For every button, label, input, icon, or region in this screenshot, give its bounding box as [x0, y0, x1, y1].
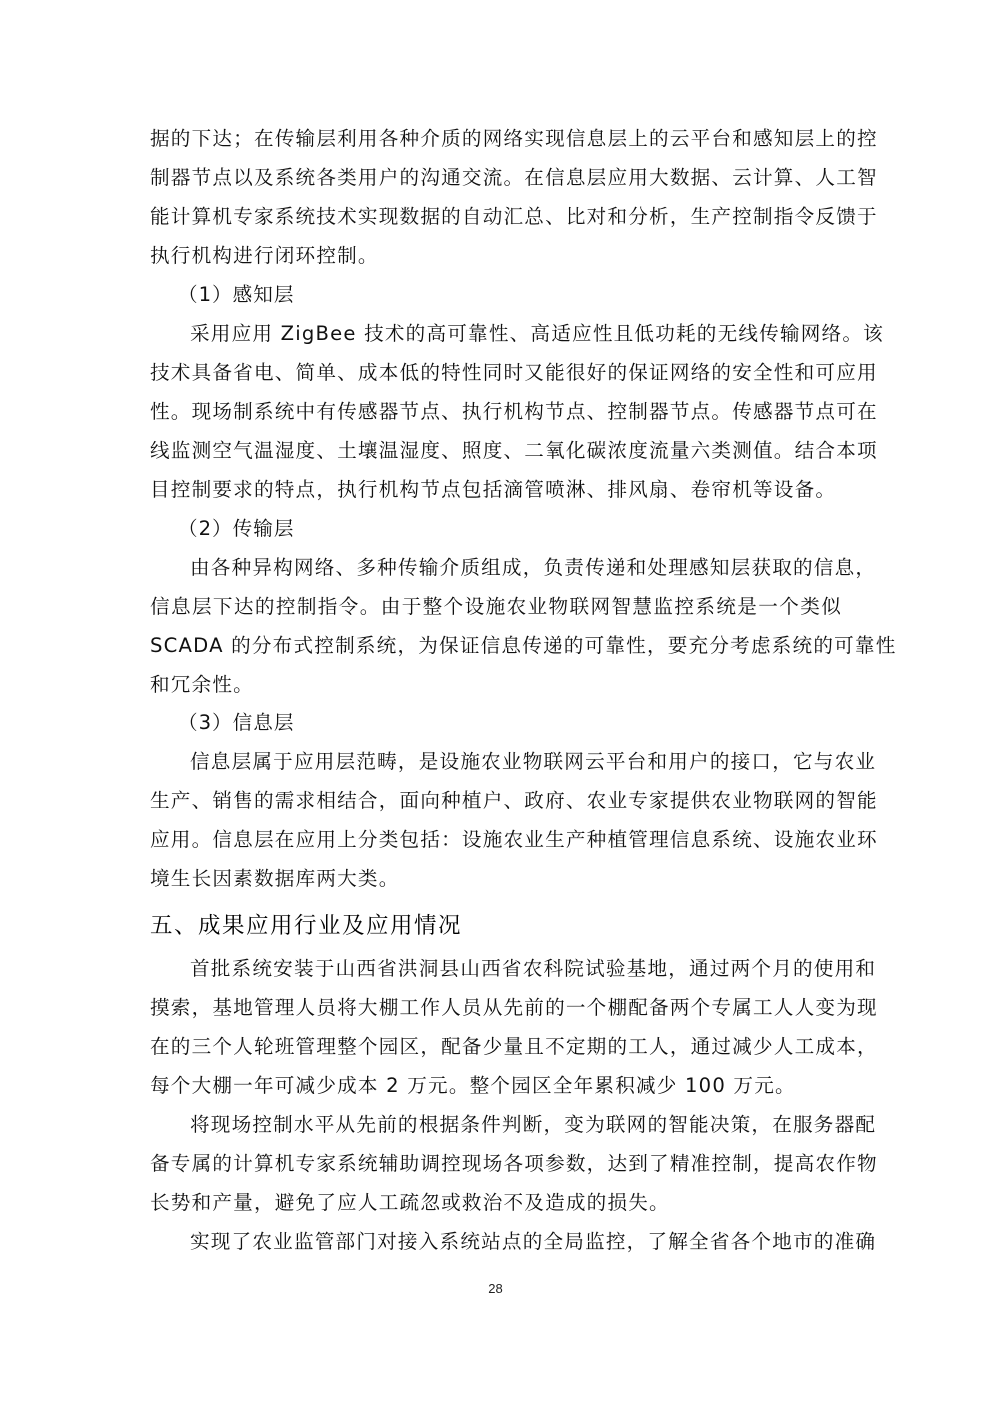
section-line: 信息层下达的控制指令。由于整个设施农业物联网智慧监控系统是一个类似 [150, 595, 842, 619]
chapter-line: 将现场控制水平从先前的根据条件判断，变为联网的智能决策，在服务器配 [190, 1113, 842, 1137]
section-line: 信息层属于应用层范畴，是设施农业物联网云平台和用户的接口，它与农业 [190, 750, 842, 774]
chapter-heading: 五、成果应用行业及应用情况 [150, 911, 462, 941]
chapter-line: 长势和产量，避免了应人工疏忽或救治不及造成的损失。 [150, 1191, 842, 1215]
intro-line: 据的下达；在传输层利用各种介质的网络实现信息层上的云平台和感知层上的控 [150, 127, 842, 151]
section-line: 生产、销售的需求相结合，面向种植户、政府、农业专家提供农业物联网的智能 [150, 789, 842, 813]
intro-line: 执行机构进行闭环控制。 [150, 244, 842, 268]
chapter-line: 每个大棚一年可减少成本 2 万元。整个园区全年累积减少 100 万元。 [150, 1074, 842, 1098]
section-line: SCADA 的分布式控制系统，为保证信息传递的可靠性，要充分考虑系统的可靠性 [150, 634, 842, 658]
section-line: 性。现场制系统中有传感器节点、执行机构节点、控制器节点。传感器节点可在 [150, 400, 842, 424]
section-title-transport: （2）传输层 [178, 517, 294, 541]
section-line: 目控制要求的特点，执行机构节点包括滴管喷淋、排风扇、卷帘机等设备。 [150, 478, 842, 502]
section-line: 应用。信息层在应用上分类包括：设施农业生产种植管理信息系统、设施农业环 [150, 828, 842, 852]
chapter-line: 备专属的计算机专家系统辅助调控现场各项参数，达到了精准控制，提高农作物 [150, 1152, 842, 1176]
section-line: 境生长因素数据库两大类。 [150, 867, 842, 891]
intro-line: 制器节点以及系统各类用户的沟通交流。在信息层应用大数据、云计算、人工智 [150, 166, 842, 190]
section-line: 和冗余性。 [150, 673, 842, 697]
intro-line: 能计算机专家系统技术实现数据的自动汇总、比对和分析，生产控制指令反馈于 [150, 205, 842, 229]
chapter-line: 在的三个人轮班管理整个园区，配备少量且不定期的工人，通过减少人工成本， [150, 1035, 842, 1059]
section-line: 采用应用 ZigBee 技术的高可靠性、高适应性且低功耗的无线传输网络。该 [190, 322, 842, 346]
section-title-information: （3）信息层 [178, 711, 294, 735]
section-title-perception: （1）感知层 [178, 283, 294, 307]
page-number: 28 [0, 1281, 991, 1296]
chapter-line: 实现了农业监管部门对接入系统站点的全局监控，了解全省各个地市的准确 [190, 1230, 842, 1254]
chapter-line: 首批系统安装于山西省洪洞县山西省农科院试验基地，通过两个月的使用和 [190, 957, 842, 981]
document-page: 据的下达；在传输层利用各种介质的网络实现信息层上的云平台和感知层上的控 制器节点… [0, 0, 991, 1403]
chapter-line: 摸索，基地管理人员将大棚工作人员从先前的一个棚配备两个专属工人人变为现 [150, 996, 842, 1020]
section-line: 线监测空气温湿度、土壤温湿度、照度、二氧化碳浓度流量六类测值。结合本项 [150, 439, 842, 463]
section-line: 由各种异构网络、多种传输介质组成，负责传递和处理感知层获取的信息， [190, 556, 842, 580]
section-line: 技术具备省电、简单、成本低的特性同时又能很好的保证网络的安全性和可应用 [150, 361, 842, 385]
